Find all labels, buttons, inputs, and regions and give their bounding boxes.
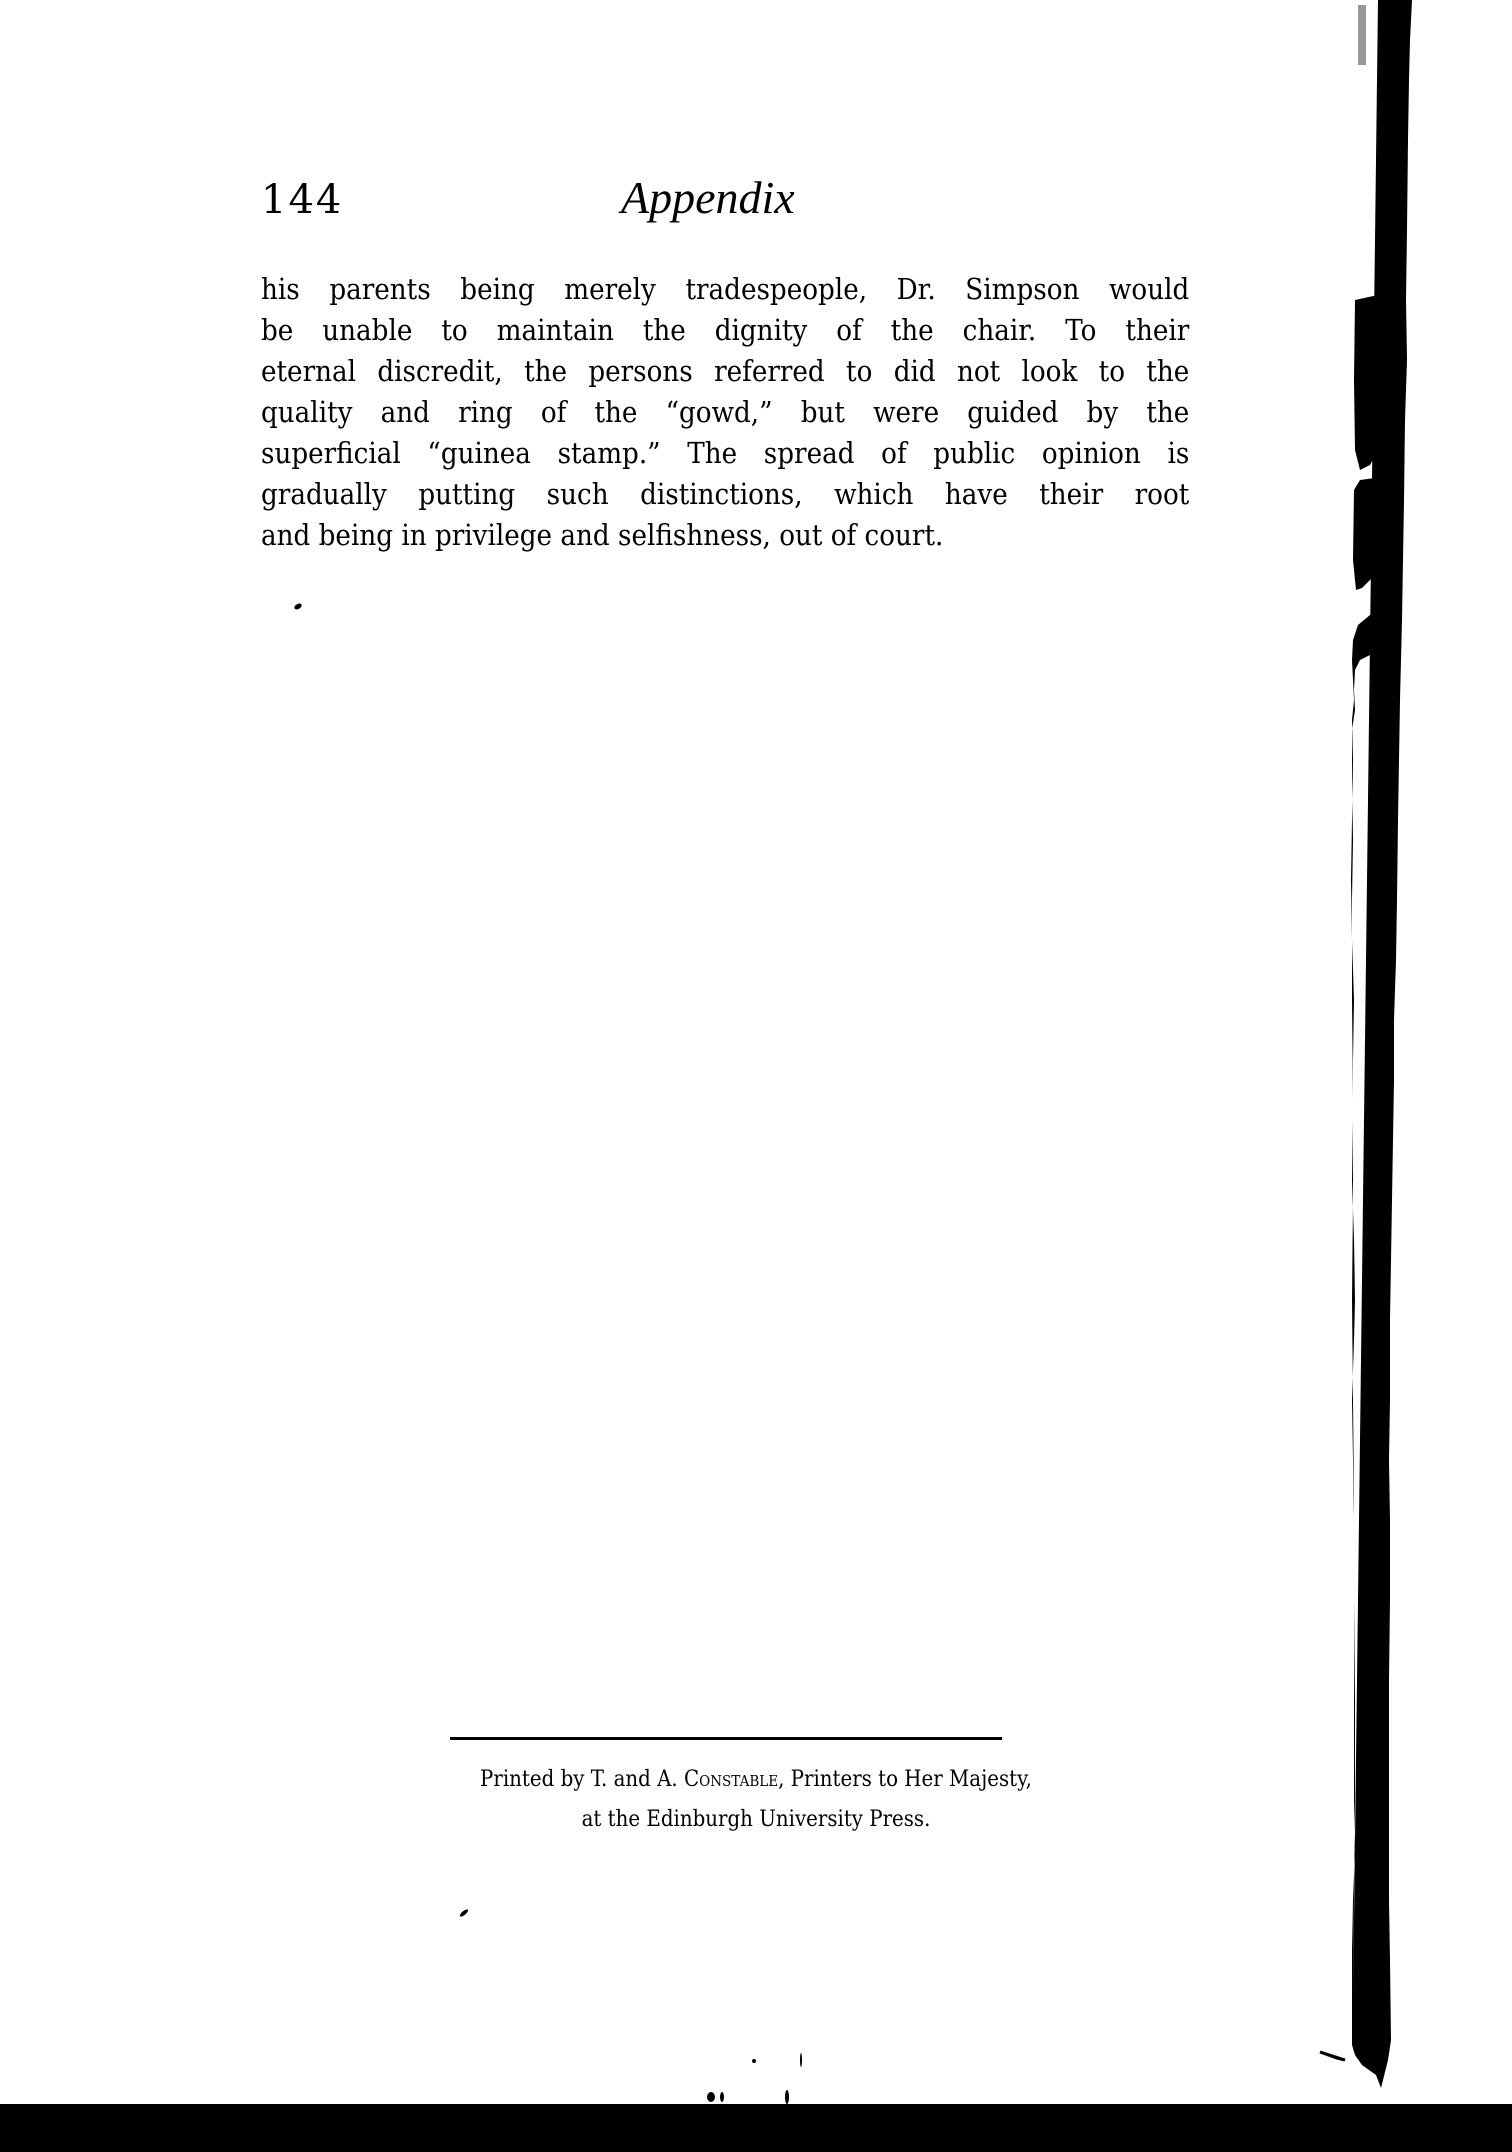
scanned-page: 144 Appendix his parents being merely tr… [0,0,1512,2152]
body-line: quality and ring of the “gowd,” but were… [261,392,1189,433]
imprint-suffix: , Printers to Her Majesty, [778,1767,1032,1792]
body-line: superficial “guinea stamp.” The spread o… [261,433,1189,474]
ink-speck [293,602,302,610]
ink-speck [459,1908,469,1917]
printer-name: Constable [684,1767,778,1792]
ink-speck [707,2092,715,2102]
running-head: 144 Appendix [261,172,1189,228]
body-line: his parents being merely tradespeople, D… [261,269,1189,310]
ink-speck [785,2090,789,2104]
body-line: eternal discredit, the persons referred … [261,351,1189,392]
scan-bottom-edge [0,2104,1512,2152]
ink-speck [720,2092,724,2102]
running-title: Appendix [621,172,795,224]
imprint-line-2: at the Edinburgh University Press. [346,1800,1167,1840]
ink-speck [752,2059,756,2063]
printer-imprint: Printed by T. and A. Constable, Printers… [346,1760,1167,1840]
imprint-line-1: Printed by T. and A. Constable, Printers… [346,1760,1167,1800]
page-number: 144 [261,176,343,224]
imprint-prefix: Printed by T. and A. [480,1767,684,1792]
body-line: and being in privilege and selfishness, … [261,515,1189,556]
body-paragraph: his parents being merely tradespeople, D… [261,269,1189,556]
ink-speck [800,2053,802,2067]
footer-rule [450,1737,1002,1740]
body-line: be unable to maintain the dignity of the… [261,310,1189,351]
body-line: gradually putting such distinctions, whi… [261,474,1189,515]
